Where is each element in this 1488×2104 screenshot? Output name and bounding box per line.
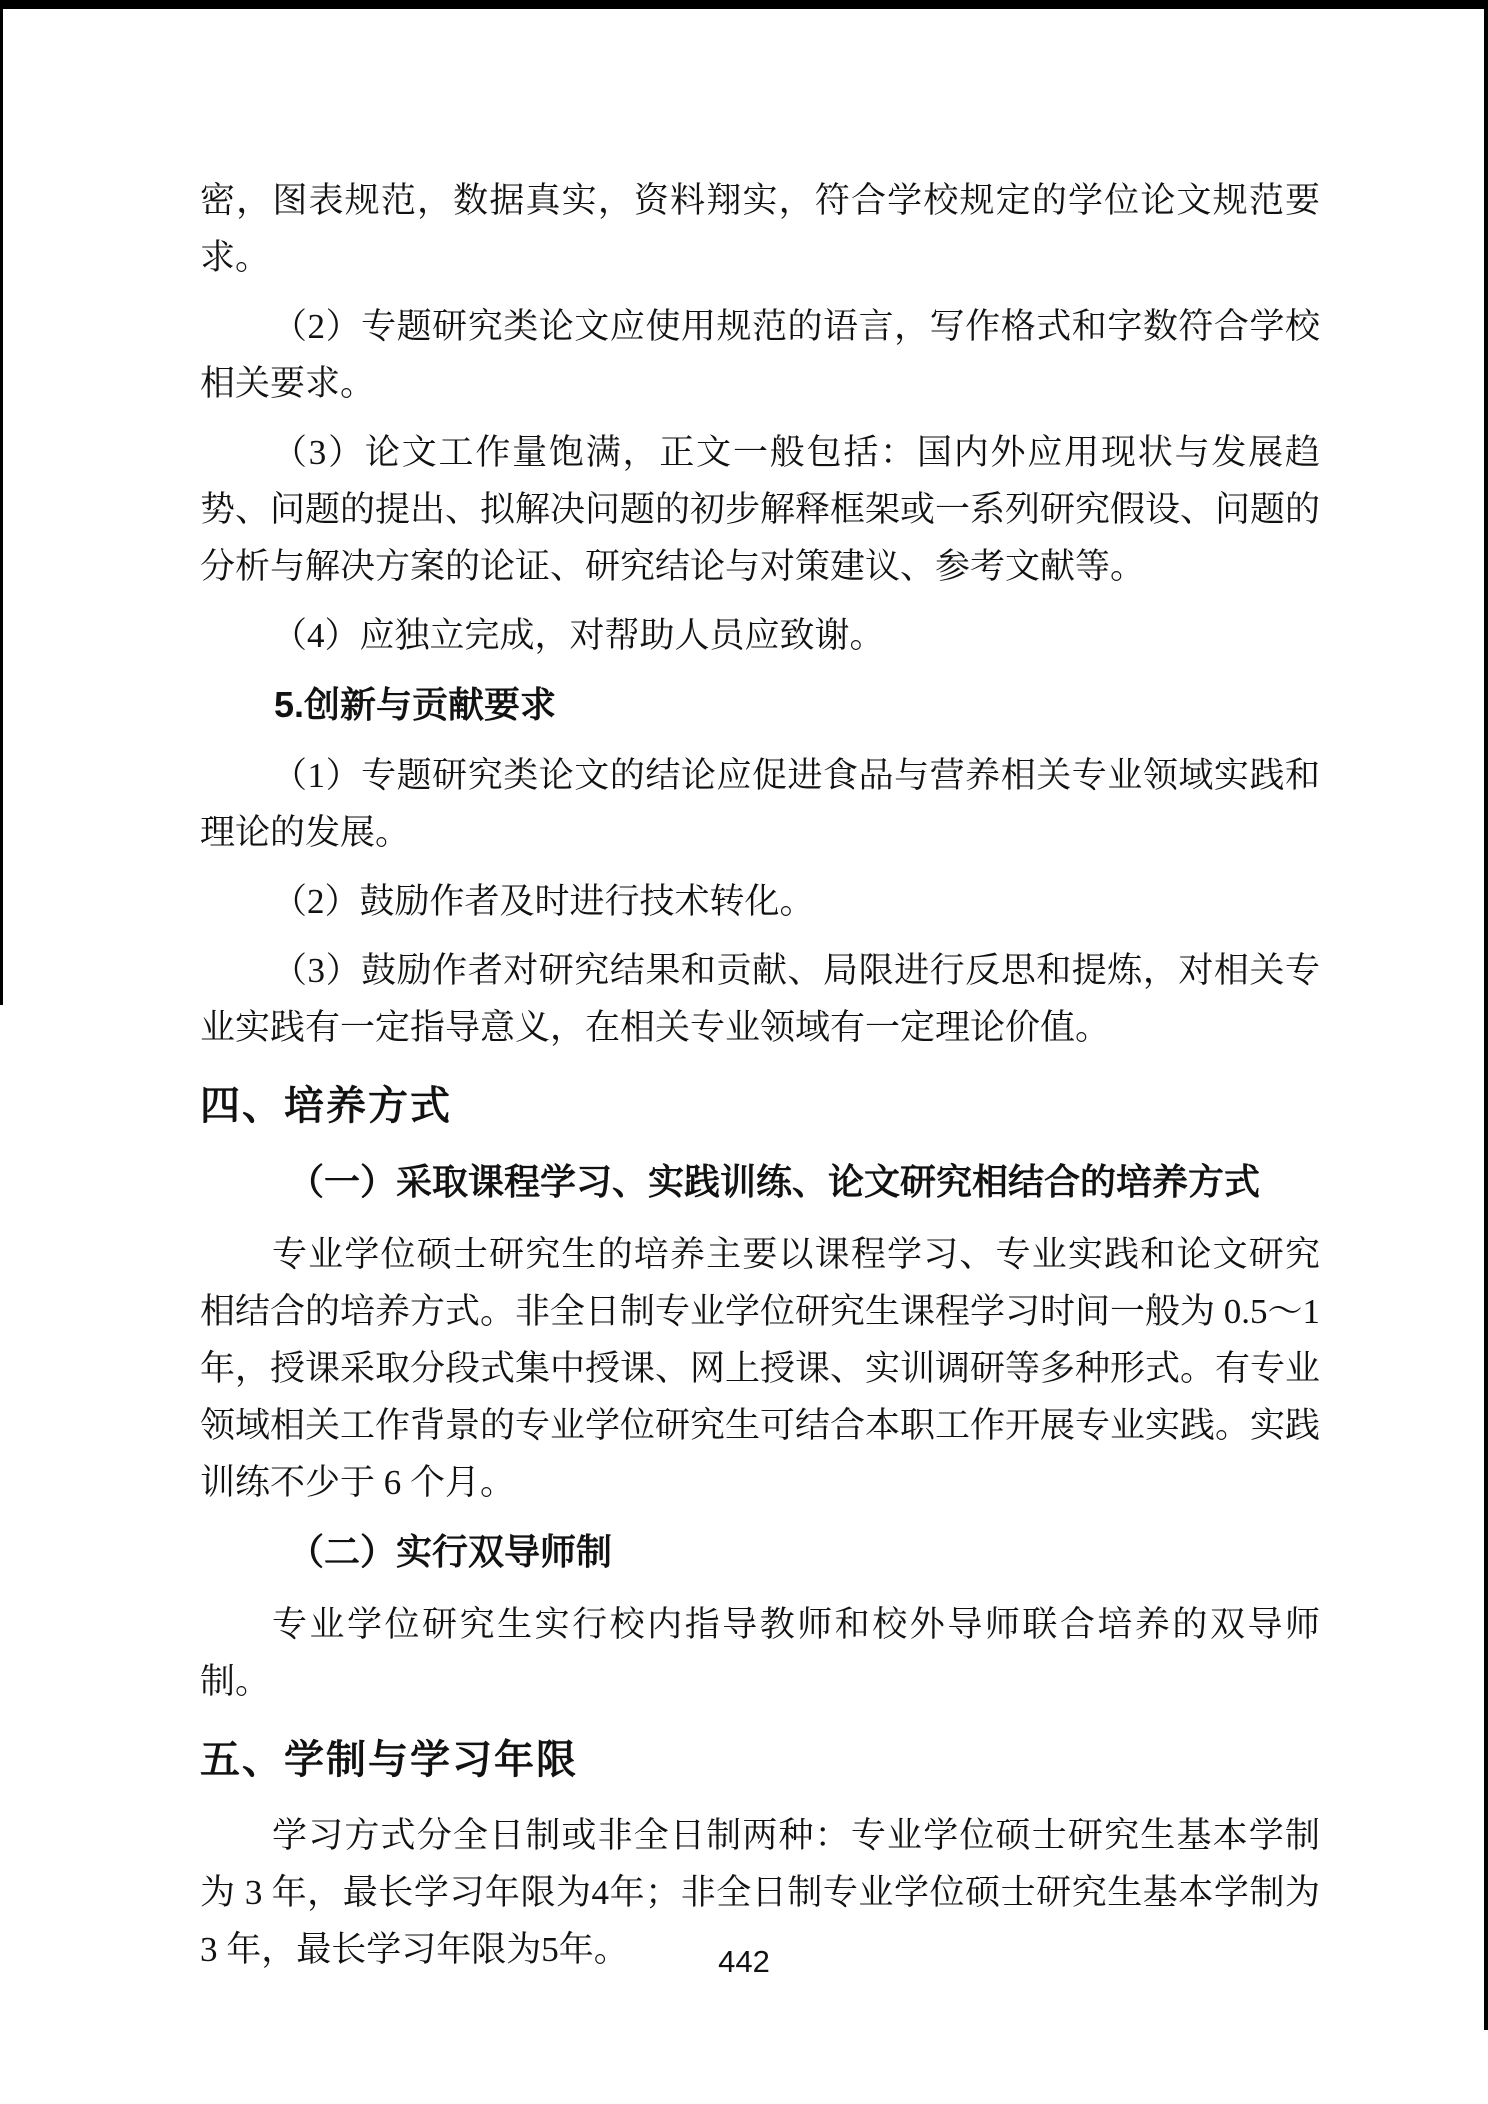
section-heading: 四、培养方式: [200, 1078, 1320, 1135]
sub-heading: （二）实行双导师制: [200, 1523, 1320, 1580]
paragraph-continuation: 密，图表规范，数据真实，资料翔实，符合学校规定的学位论文规范要求。: [200, 172, 1320, 286]
scan-border-left: [0, 0, 3, 1005]
scan-border-right: [1484, 0, 1488, 2030]
paragraph: 专业学位研究生实行校内指导教师和校外导师联合培养的双导师制。: [200, 1596, 1320, 1710]
paragraph: （3）鼓励作者对研究结果和贡献、局限进行反思和提炼，对相关专业实践有一定指导意义…: [200, 942, 1320, 1056]
page-number: 442: [0, 1942, 1488, 1982]
page-content: 密，图表规范，数据真实，资料翔实，符合学校规定的学位论文规范要求。（2）专题研究…: [200, 172, 1320, 1990]
document-page: 密，图表规范，数据真实，资料翔实，符合学校规定的学位论文规范要求。（2）专题研究…: [0, 0, 1488, 2104]
sub-heading: （一）采取课程学习、实践训练、论文研究相结合的培养方式: [200, 1153, 1320, 1210]
paragraph: （1）专题研究类论文的结论应促进食品与营养相关专业领域实践和理论的发展。: [200, 747, 1320, 861]
section-heading: 五、学制与学习年限: [200, 1732, 1320, 1789]
scan-border-top: [0, 0, 1488, 9]
paragraph: （3）论文工作量饱满，正文一般包括：国内外应用现状与发展趋势、问题的提出、拟解决…: [200, 424, 1320, 595]
paragraph: （4）应独立完成，对帮助人员应致谢。: [200, 607, 1320, 664]
paragraph: （2）鼓励作者及时进行技术转化。: [200, 873, 1320, 930]
paragraph: 专业学位硕士研究生的培养主要以课程学习、专业实践和论文研究相结合的培养方式。非全…: [200, 1226, 1320, 1511]
numbered-heading: 5.创新与贡献要求: [200, 676, 1320, 733]
paragraph: （2）专题研究类论文应使用规范的语言，写作格式和字数符合学校相关要求。: [200, 298, 1320, 412]
